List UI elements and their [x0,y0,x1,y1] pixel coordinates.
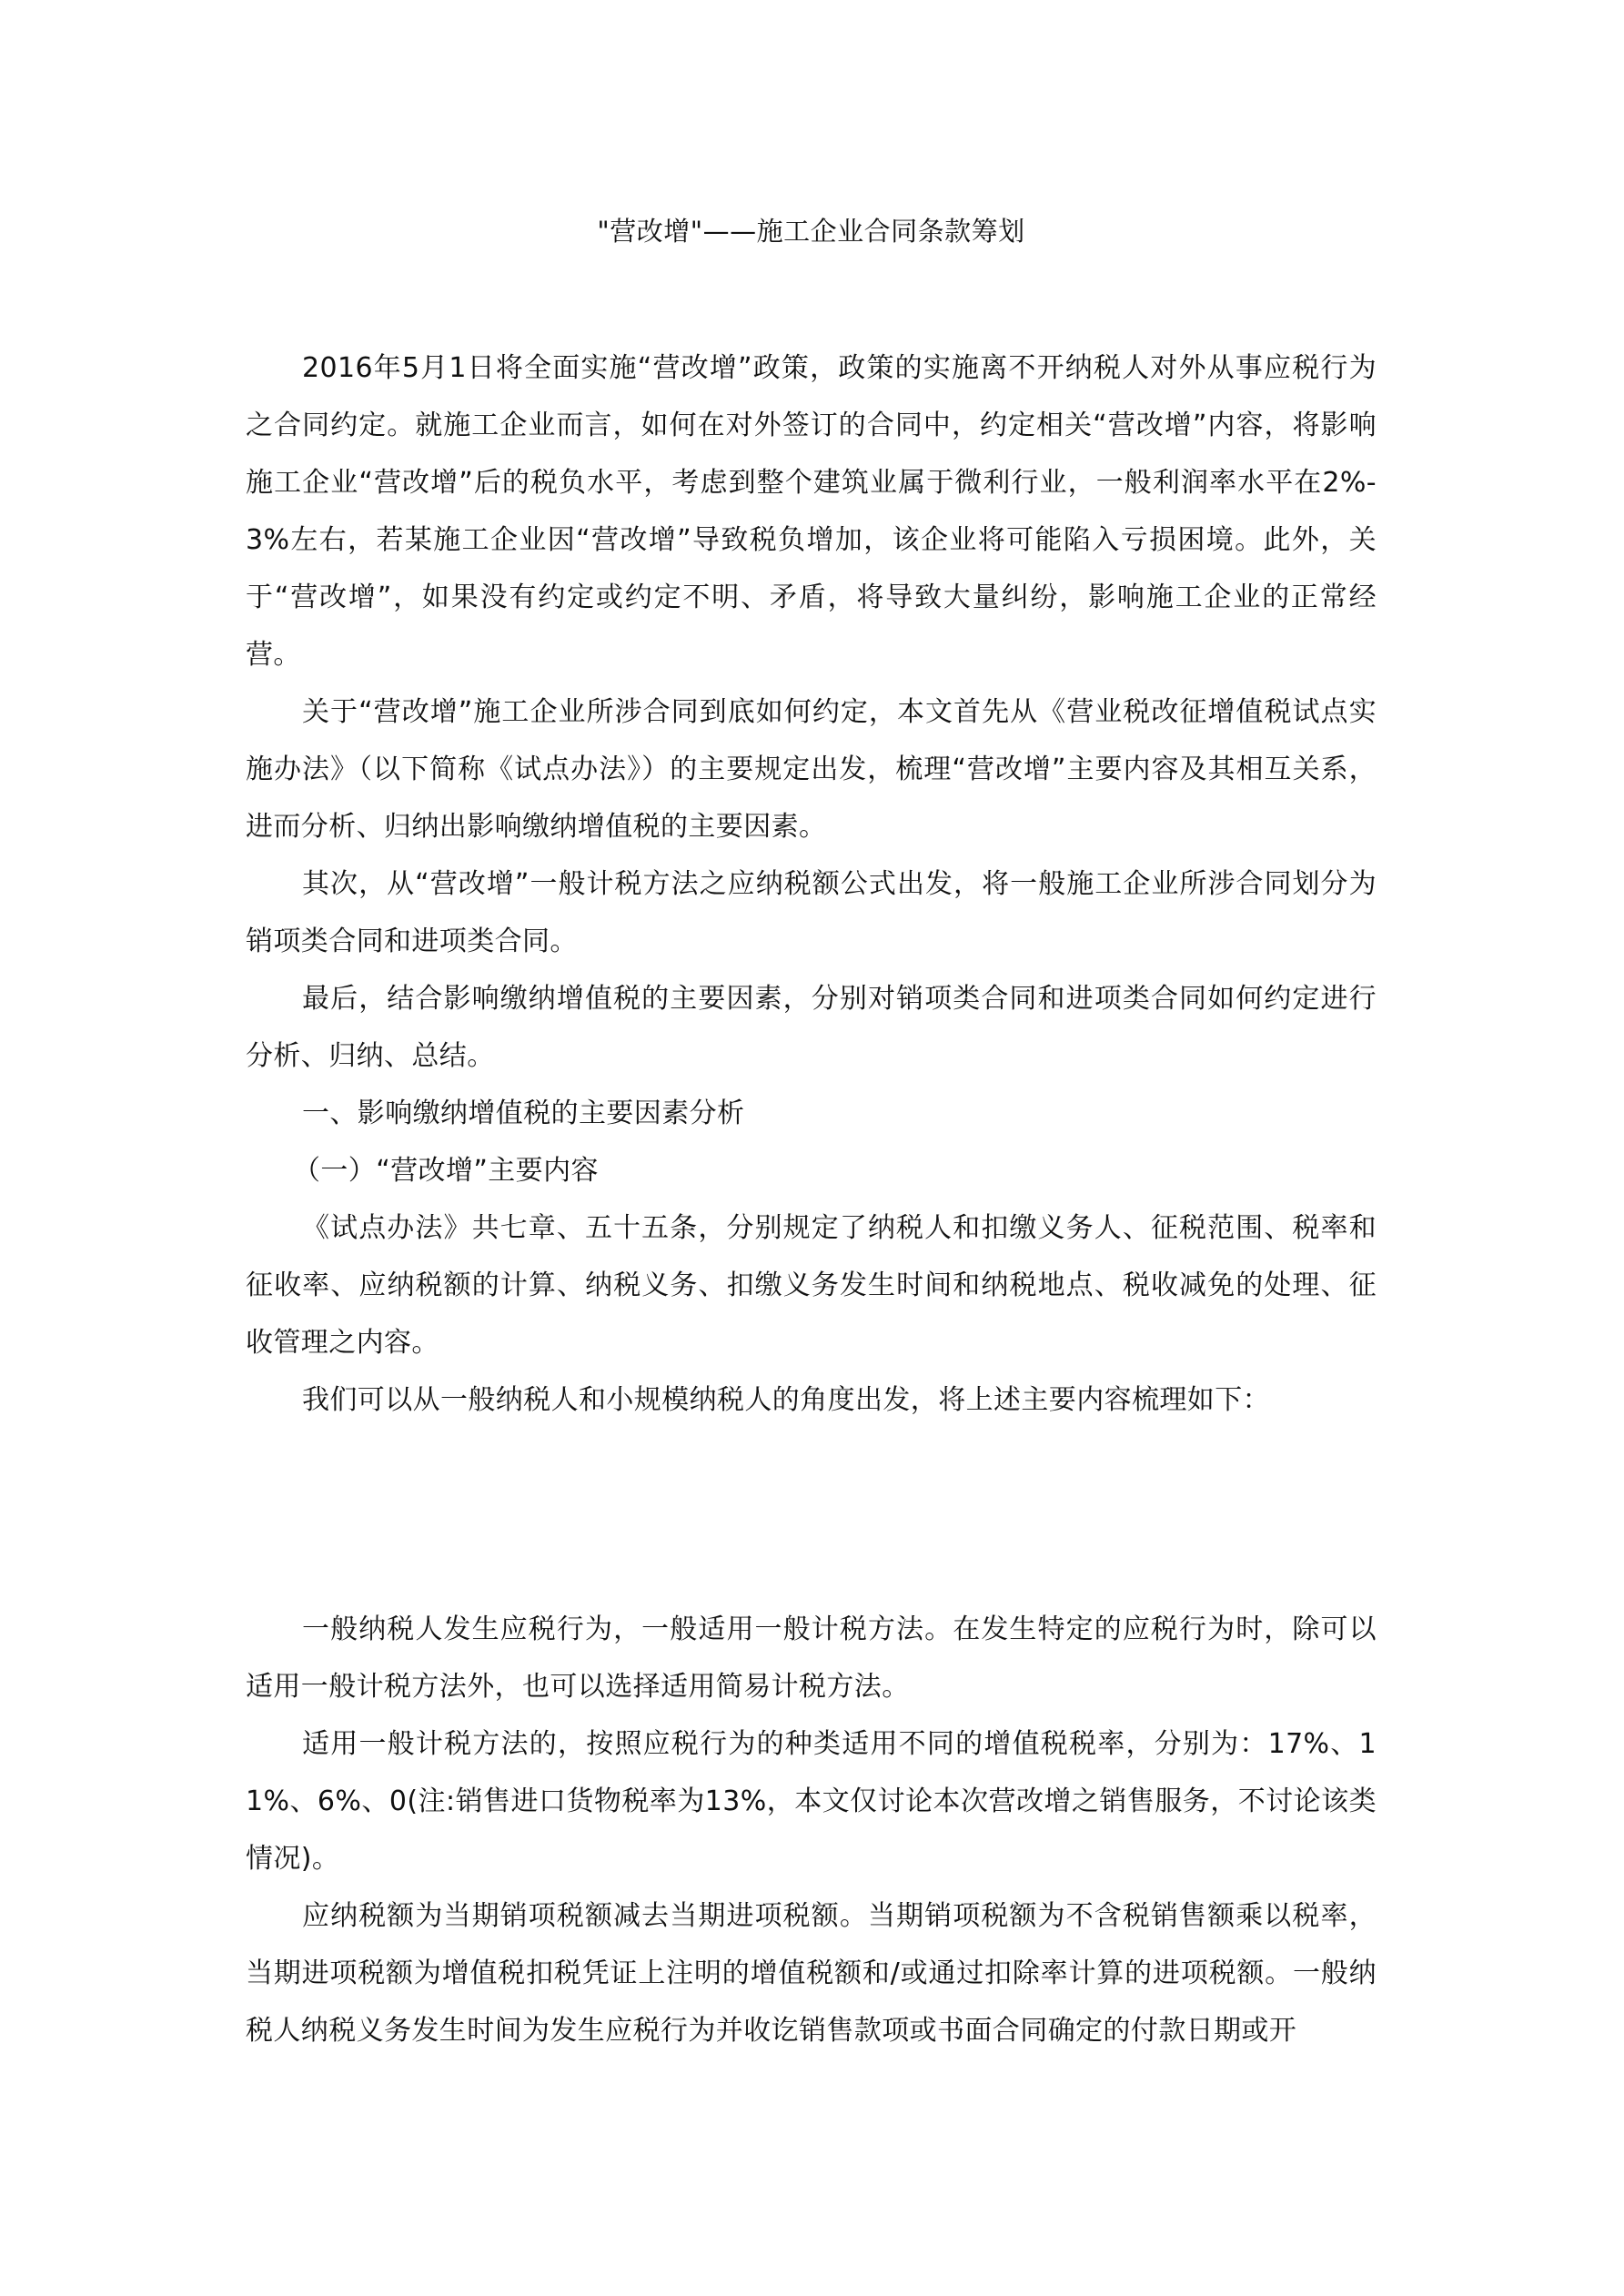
paragraph-pilot-measures: 《试点办法》共七章、五十五条，分别规定了纳税人和扣缴义务人、征税范围、税率和征收… [246,1199,1377,1371]
blank-diagram-space [246,1429,1377,1601]
paragraph-summary-intro: 我们可以从一般纳税人和小规模纳税人的角度出发，将上述主要内容梳理如下： [246,1371,1377,1429]
document-body: 2016年5月1日将全面实施“营改增”政策，政策的实施离不开纳税人对外从事应税行… [246,339,1377,2059]
paragraph-finally: 最后，结合影响缴纳增值税的主要因素，分别对销项类合同和进项类合同如何约定进行分析… [246,970,1377,1085]
paragraph-intro: 2016年5月1日将全面实施“营改增”政策，政策的实施离不开纳税人对外从事应税行… [246,339,1377,683]
document-title: "营改增"——施工企业合同条款筹划 [246,215,1377,248]
subsection-heading: （一）“营改增”主要内容 [246,1142,1377,1199]
section-heading: 一、影响缴纳增值税的主要因素分析 [246,1085,1377,1142]
paragraph-general-taxpayer: 一般纳税人发生应税行为，一般适用一般计税方法。在发生特定的应税行为时，除可以适用… [246,1601,1377,1715]
paragraph-approach: 关于“营改增”施工企业所涉合同到底如何约定，本文首先从《营业税改征增值税试点实施… [246,683,1377,855]
paragraph-tax-payable: 应纳税额为当期销项税额减去当期进项税额。当期销项税额为不含税销售额乘以税率，当期… [246,1887,1377,2059]
paragraph-second: 其次，从“营改增”一般计税方法之应纳税额公式出发，将一般施工企业所涉合同划分为销… [246,855,1377,970]
paragraph-tax-rates: 适用一般计税方法的，按照应税行为的种类适用不同的增值税税率，分别为：17%、11… [246,1715,1377,1887]
